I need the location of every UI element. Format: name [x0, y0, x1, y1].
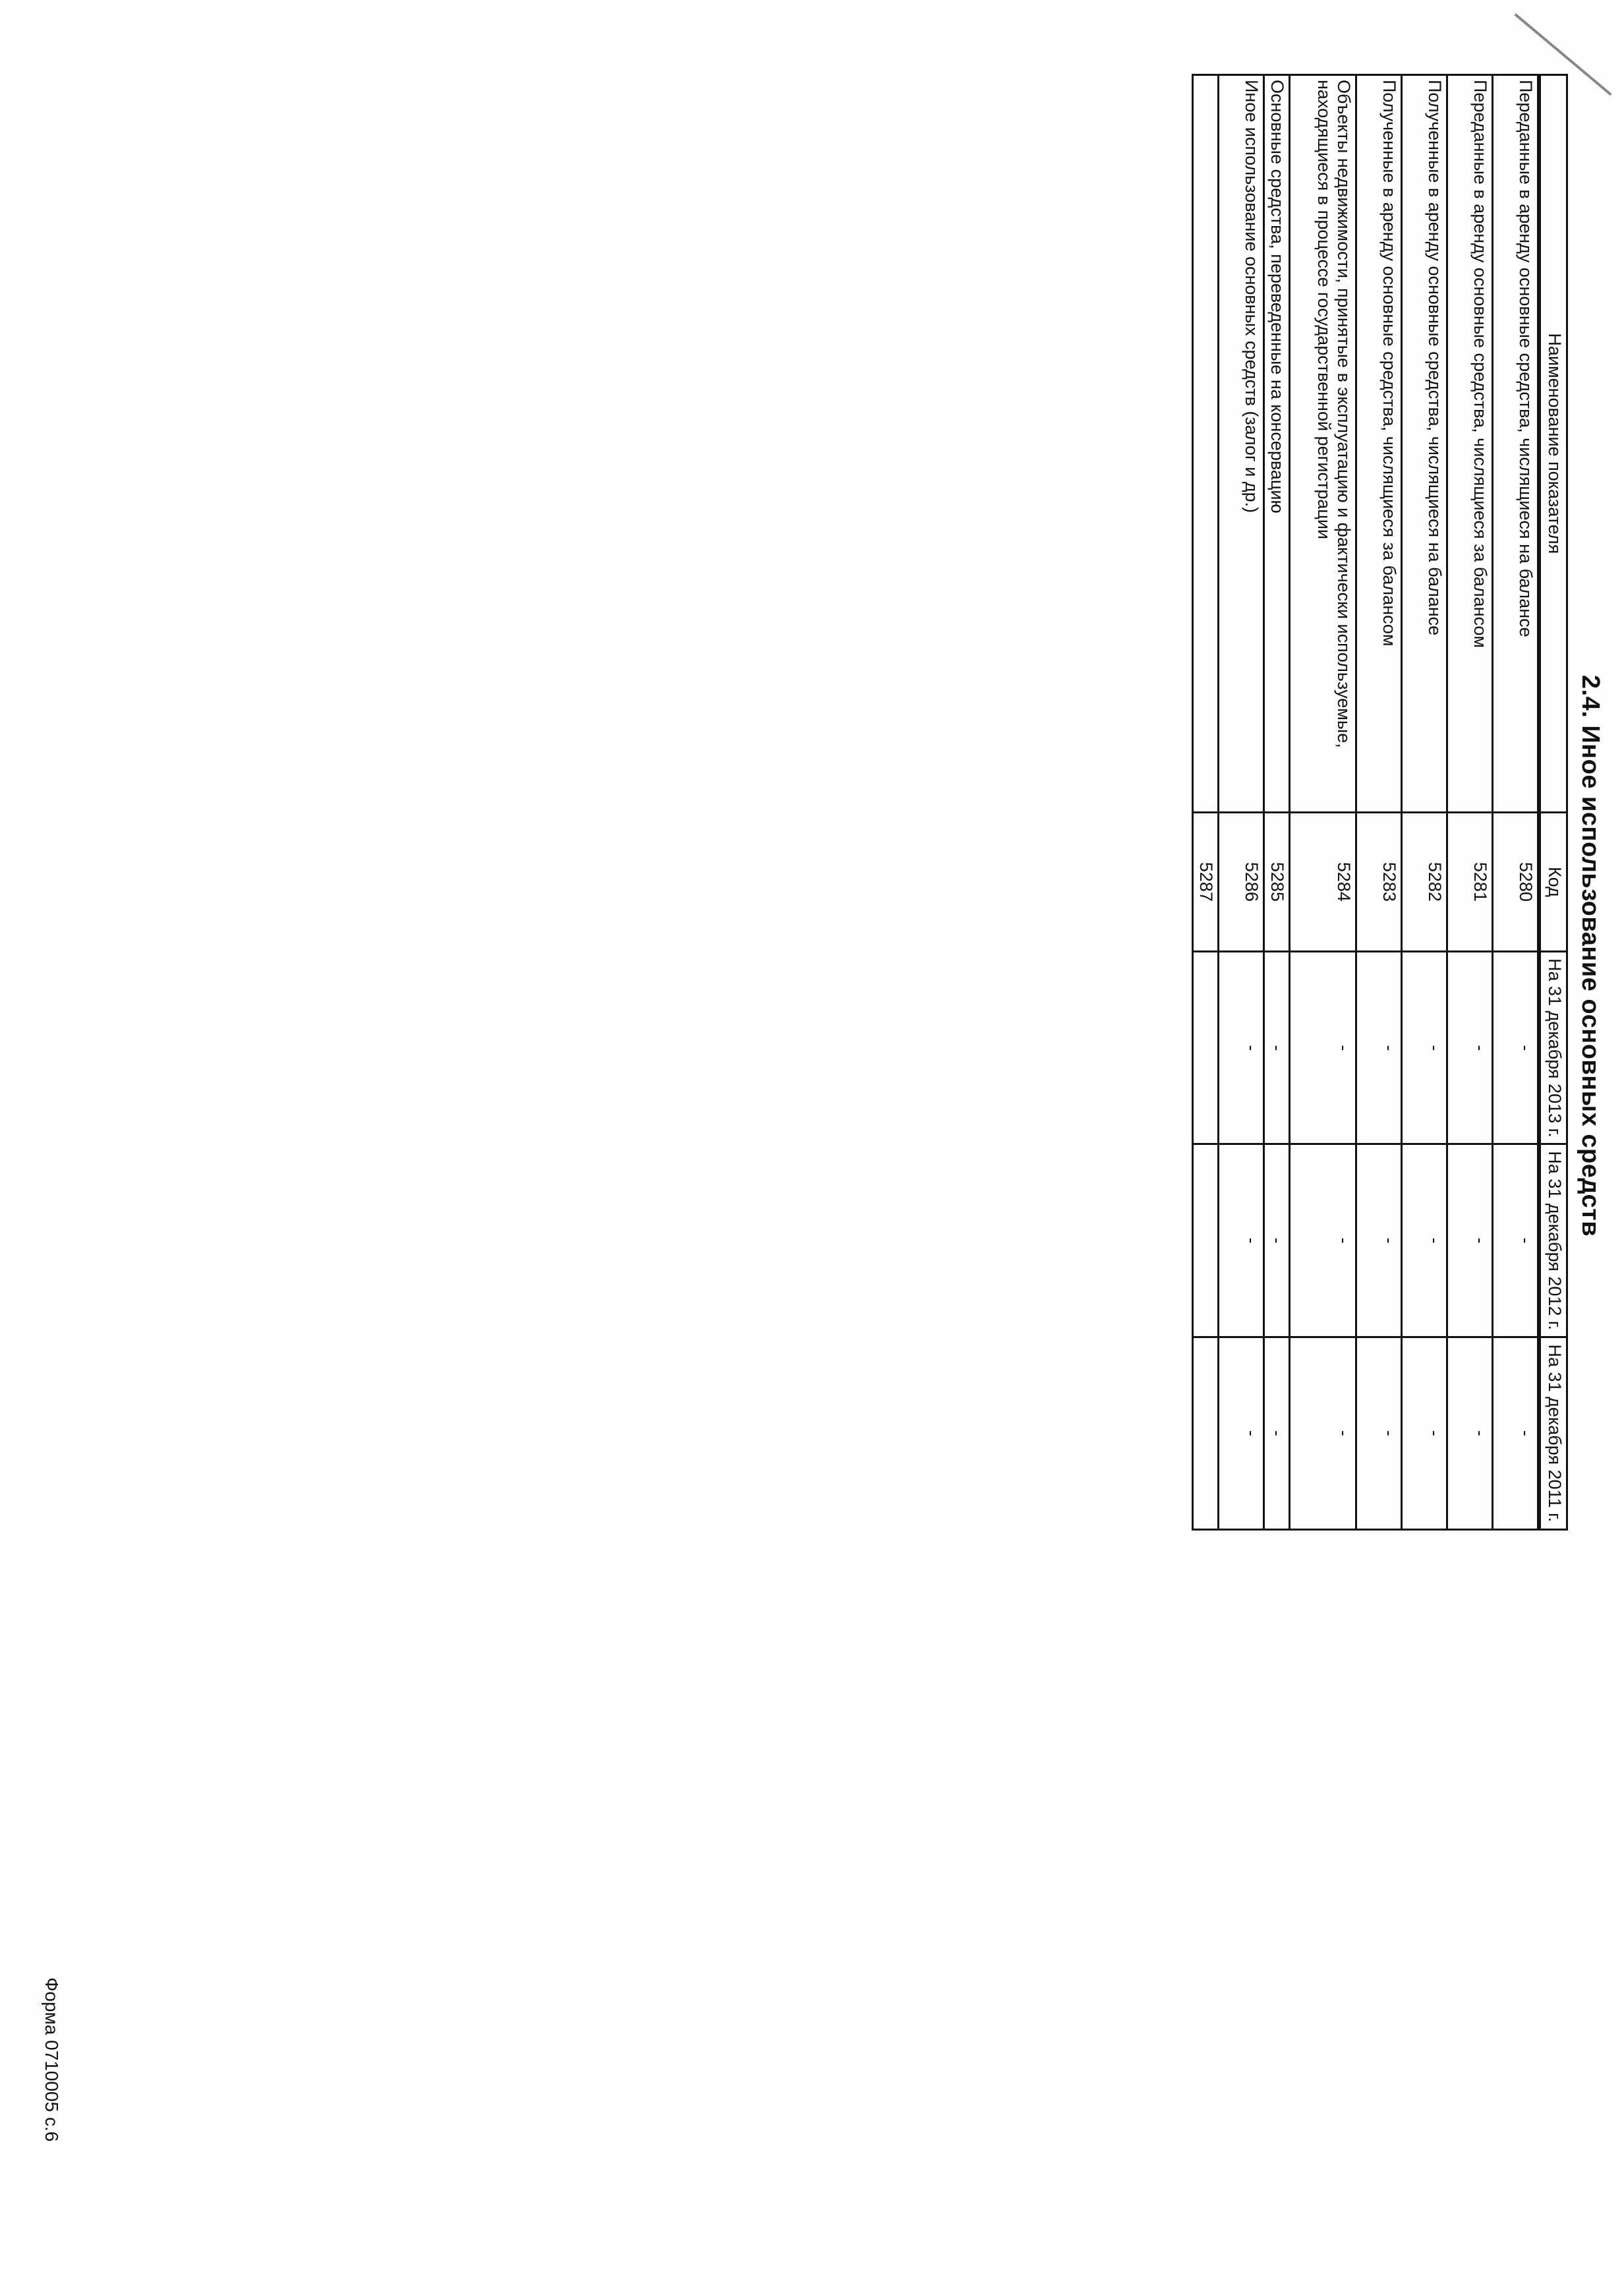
value-2012	[1193, 1144, 1219, 1337]
table-row: 5287	[1193, 75, 1219, 1530]
header-2011: На 31 декабря 2011 г.	[1539, 1337, 1567, 1529]
table-header-row: Наименование показателя Код На 31 декабр…	[1539, 75, 1567, 1530]
value-2011: -	[1402, 1337, 1447, 1529]
scanned-page: 2.4. Иное использование основных средств…	[0, 0, 1624, 2278]
table-row: Основные средства, переведенные на консе…	[1264, 75, 1290, 1530]
row-name: Переданные в аренду основные средства, ч…	[1447, 75, 1493, 813]
table-row: Полученные в аренду основные средства, ч…	[1402, 75, 1447, 1530]
row-code: 5285	[1264, 812, 1290, 952]
row-code: 5284	[1290, 812, 1356, 952]
table-row: Переданные в аренду основные средства, ч…	[1447, 75, 1493, 1530]
value-2013: -	[1264, 952, 1290, 1144]
value-2012: -	[1264, 1144, 1290, 1337]
fixed-assets-other-use-table: Наименование показателя Код На 31 декабр…	[1192, 74, 1568, 1531]
row-name: Объекты недвижимости, принятые в эксплуа…	[1290, 75, 1356, 813]
value-2013: -	[1356, 952, 1402, 1144]
value-2011: -	[1264, 1337, 1290, 1529]
table-row: Переданные в аренду основные средства, ч…	[1493, 75, 1540, 1530]
value-2012: -	[1402, 1144, 1447, 1337]
header-code: Код	[1539, 812, 1567, 952]
value-2013: -	[1219, 952, 1264, 1144]
value-2011: -	[1493, 1337, 1540, 1529]
row-name: Основные средства, переведенные на консе…	[1264, 75, 1290, 813]
value-2012: -	[1290, 1144, 1356, 1337]
table-row: Объекты недвижимости, принятые в эксплуа…	[1290, 75, 1356, 1530]
header-2013: На 31 декабря 2013 г.	[1539, 952, 1567, 1144]
value-2013	[1193, 952, 1219, 1144]
value-2011: -	[1290, 1337, 1356, 1529]
value-2012: -	[1219, 1144, 1264, 1337]
row-name: Полученные в аренду основные средства, ч…	[1402, 75, 1447, 813]
value-2013: -	[1290, 952, 1356, 1144]
row-code: 5281	[1447, 812, 1493, 952]
table-row: Иное использование основных средств (зал…	[1219, 75, 1264, 1530]
row-code: 5282	[1402, 812, 1447, 952]
section-title: 2.4. Иное использование основных средств	[1576, 461, 1604, 1450]
row-code: 5280	[1493, 812, 1540, 952]
row-code: 5283	[1356, 812, 1402, 952]
form-number-footer: Форма 0710005 с.6	[41, 1977, 62, 2142]
value-2011	[1193, 1337, 1219, 1529]
value-2012: -	[1356, 1144, 1402, 1337]
value-2011: -	[1447, 1337, 1493, 1529]
row-name	[1193, 75, 1219, 813]
value-2013: -	[1493, 952, 1540, 1144]
row-code: 5287	[1193, 812, 1219, 952]
table-row: Полученные в аренду основные средства, ч…	[1356, 75, 1402, 1530]
value-2012: -	[1447, 1144, 1493, 1337]
row-name: Переданные в аренду основные средства, ч…	[1493, 75, 1540, 813]
value-2011: -	[1219, 1337, 1264, 1529]
header-name: Наименование показателя	[1539, 75, 1567, 813]
value-2013: -	[1402, 952, 1447, 1144]
row-name: Полученные в аренду основные средства, ч…	[1356, 75, 1402, 813]
header-2012: На 31 декабря 2012 г.	[1539, 1144, 1567, 1337]
value-2012: -	[1493, 1144, 1540, 1337]
rotated-content: 2.4. Иное использование основных средств…	[0, 0, 1624, 2278]
value-2013: -	[1447, 952, 1493, 1144]
value-2011: -	[1356, 1337, 1402, 1529]
row-name: Иное использование основных средств (зал…	[1219, 75, 1264, 813]
row-code: 5286	[1219, 812, 1264, 952]
